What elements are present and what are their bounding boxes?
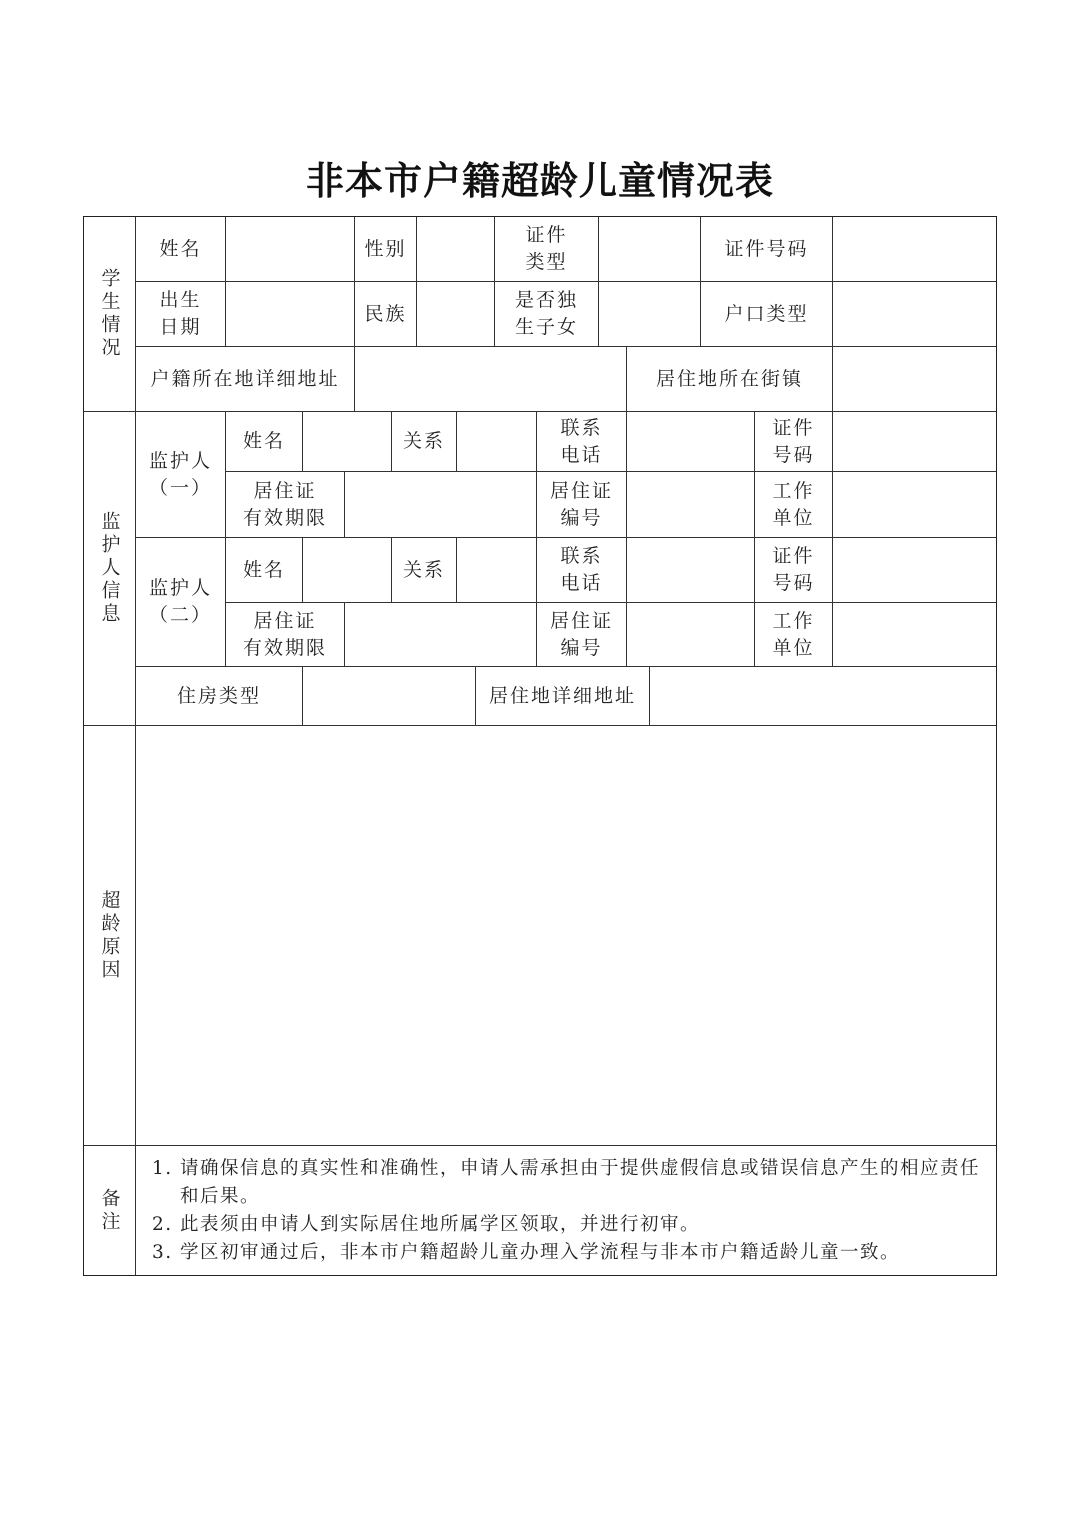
field-g2-employer[interactable]	[832, 602, 997, 667]
field-g2-name[interactable]	[302, 537, 392, 603]
field-g1-employer[interactable]	[832, 471, 997, 538]
label-g2-employer: 工作 单位	[754, 602, 833, 667]
label-birth-date: 出生 日期	[135, 281, 226, 347]
remark-item: 此表须由申请人到实际居住地所属学区领取，并进行初审。	[180, 1211, 986, 1239]
label-g1-permit-number: 居住证 编号	[536, 471, 627, 538]
field-id-number[interactable]	[832, 216, 997, 282]
remark-item: 学区初审通过后，非本市户籍超龄儿童办理入学流程与非本市户籍适龄儿童一致。	[180, 1239, 986, 1267]
field-housing-type[interactable]	[302, 666, 476, 726]
label-g2-permit-validity: 居住证 有效期限	[225, 602, 345, 667]
remarks-content: 请确保信息的真实性和准确性，申请人需承担由于提供虚假信息或错误信息产生的相应责任…	[135, 1145, 997, 1276]
remark-item: 请确保信息的真实性和准确性，申请人需承担由于提供虚假信息或错误信息产生的相应责任…	[180, 1155, 986, 1211]
label-g1-phone: 联系 电话	[536, 411, 627, 472]
label-g2-phone: 联系 电话	[536, 537, 627, 603]
label-ethnicity: 民族	[354, 281, 417, 347]
field-g1-name[interactable]	[302, 411, 392, 472]
label-g2-relation: 关系	[391, 537, 457, 603]
field-g2-permit-validity[interactable]	[344, 602, 537, 667]
section-remarks: 备注	[83, 1145, 136, 1276]
field-g2-phone[interactable]	[626, 537, 755, 603]
field-g2-permit-number[interactable]	[626, 602, 755, 667]
label-residence-address: 居住地详细地址	[475, 666, 650, 726]
field-g2-relation[interactable]	[456, 537, 537, 603]
section-guardian: 监护人信息	[83, 411, 136, 726]
label-g1-name: 姓名	[225, 411, 303, 472]
field-residence-town[interactable]	[832, 346, 997, 412]
field-g1-permit-validity[interactable]	[344, 471, 537, 538]
label-only-child: 是否独 生子女	[494, 281, 599, 347]
field-overage-reason[interactable]	[135, 725, 997, 1146]
label-gender: 性别	[354, 216, 417, 282]
field-g1-permit-number[interactable]	[626, 471, 755, 538]
form-title: 非本市户籍超龄儿童情况表	[0, 150, 1080, 205]
field-ethnicity[interactable]	[416, 281, 495, 347]
field-gender[interactable]	[416, 216, 495, 282]
label-g2-id-number: 证件 号码	[754, 537, 833, 603]
field-residence-address[interactable]	[649, 666, 997, 726]
field-g1-relation[interactable]	[456, 411, 537, 472]
field-birth-date[interactable]	[225, 281, 355, 347]
field-g2-id-number[interactable]	[832, 537, 997, 603]
field-hukou-address[interactable]	[354, 346, 627, 412]
label-g1-employer: 工作 单位	[754, 471, 833, 538]
label-g1-relation: 关系	[391, 411, 457, 472]
label-housing-type: 住房类型	[135, 666, 303, 726]
label-g1-id-number: 证件 号码	[754, 411, 833, 472]
section-overage: 超龄原因	[83, 725, 136, 1146]
label-id-type: 证件 类型	[494, 216, 599, 282]
field-g1-phone[interactable]	[626, 411, 755, 472]
field-student-name[interactable]	[225, 216, 355, 282]
section-student: 学生情况	[83, 216, 136, 412]
field-id-type[interactable]	[598, 216, 701, 282]
label-residence-town: 居住地所在街镇	[626, 346, 833, 412]
label-g2-permit-number: 居住证 编号	[536, 602, 627, 667]
field-only-child[interactable]	[598, 281, 701, 347]
field-hukou-type[interactable]	[832, 281, 997, 347]
label-guardian-2: 监护人 （二）	[135, 537, 226, 667]
label-g2-name: 姓名	[225, 537, 303, 603]
label-id-number: 证件号码	[700, 216, 833, 282]
label-name: 姓名	[135, 216, 226, 282]
label-g1-permit-validity: 居住证 有效期限	[225, 471, 345, 538]
label-hukou-address: 户籍所在地详细地址	[135, 346, 355, 412]
label-guardian-1: 监护人 （一）	[135, 411, 226, 538]
field-g1-id-number[interactable]	[832, 411, 997, 472]
label-hukou-type: 户口类型	[700, 281, 833, 347]
